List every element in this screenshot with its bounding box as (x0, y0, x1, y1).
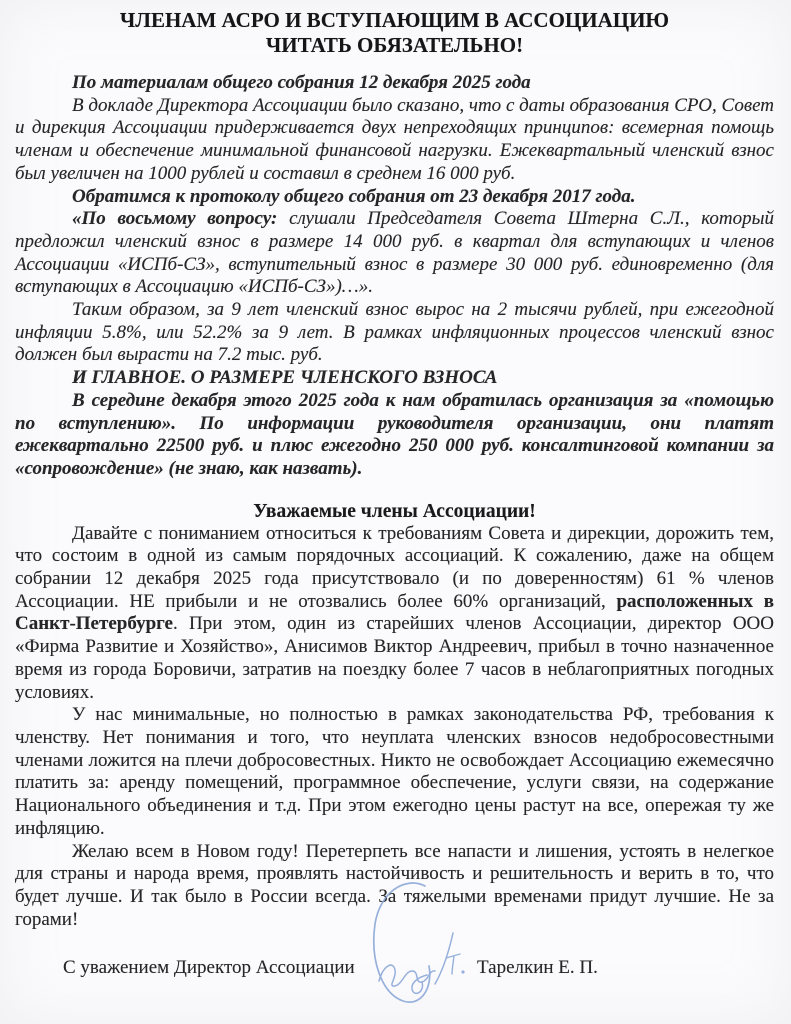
document-title: ЧЛЕНАМ АСРО И ВСТУПАЮЩИМ В АССОЦИАЦИЮ ЧИ… (15, 8, 774, 58)
paragraph-report: В докладе Директора Ассоциации было сказ… (15, 95, 774, 186)
paragraph-main-heading: И ГЛАВНОЕ. О РАЗМЕРЕ ЧЛЕНСКОГО ВЗНОСА (15, 367, 774, 390)
paragraph-question-eight: «По восьмому вопросу: слушали Председате… (15, 208, 774, 299)
appeal-heading: Уважаемые члены Ассоциации! (15, 500, 774, 523)
signature-left-text: С уважением Директор Ассоциации (63, 957, 355, 979)
paragraph-mid-december: В середине декабря этого 2025 года к нам… (15, 390, 774, 481)
intro-section: По материалам общего собрания 12 декабря… (15, 72, 774, 481)
paragraph-appeal-3: Желаю всем в Новом году! Перетерпеть все… (15, 841, 774, 932)
paragraph-inflation: Таким образом, за 9 лет членский взнос в… (15, 299, 774, 367)
title-line-2: ЧИТАТЬ ОБЯЗАТЕЛЬНО! (15, 33, 774, 58)
paragraph-appeal-2: У нас минимальные, но полностью в рамках… (15, 704, 774, 840)
paragraph-materials: По материалам общего собрания 12 декабря… (15, 72, 774, 95)
signature-row: С уважением Директор Ассоциации Тарелкин… (15, 957, 774, 983)
document-page: ЧЛЕНАМ АСРО И ВСТУПАЮЩИМ В АССОЦИАЦИЮ ЧИ… (0, 0, 791, 1024)
paragraph-appeal-1: Давайте с пониманием относиться к требов… (15, 523, 774, 705)
title-line-1: ЧЛЕНАМ АСРО И ВСТУПАЮЩИМ В АССОЦИАЦИЮ (15, 8, 774, 33)
signatory-name: Тарелкин Е. П. (477, 957, 598, 979)
paragraph-protocol: Обратимся к протоколу общего собрания от… (15, 186, 774, 209)
question-eight-lead: «По восьмому вопросу: (72, 208, 277, 229)
appeal-section: Давайте с пониманием относиться к требов… (15, 523, 774, 932)
